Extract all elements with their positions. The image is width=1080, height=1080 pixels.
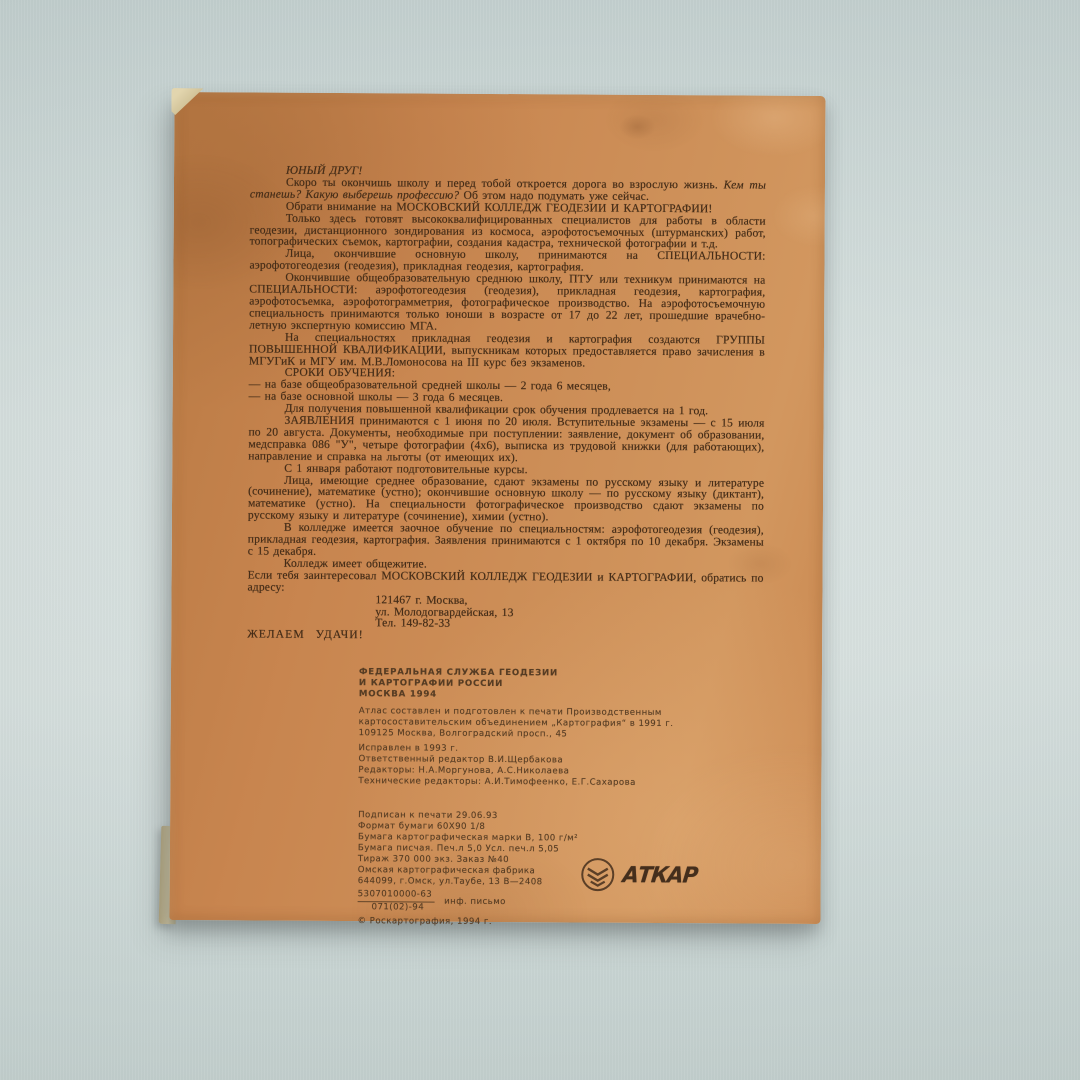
contact-intro: Если тебя заинтересовал МОСКОВСКИЙ КОЛЛЕ…	[247, 569, 763, 596]
atkar-logo-text: АТКАР	[621, 862, 698, 888]
distance-learning-paragraph: В колледже имеется заочное обучение по с…	[248, 522, 764, 561]
atkar-logo-icon	[580, 857, 616, 893]
catalog-code-numerator: 5307010000-63	[358, 889, 435, 902]
secondary-school-paragraph: Окончившие общеобразовательную среднюю ш…	[249, 272, 765, 335]
exams-paragraph: Лица, имеющие среднее образование, сдают…	[248, 474, 764, 525]
catalog-code-denominator: 071(02)-94	[358, 902, 435, 913]
advanced-groups-paragraph: На специальностях прикладная геодезия и …	[249, 331, 765, 370]
book-back-cover: ЮНЫЙ ДРУГ! Скоро ты окончишь школу и пер…	[169, 92, 825, 924]
good-luck-line: ЖЕЛАЕМ УДАЧИ!	[247, 629, 763, 644]
photo-backdrop: ЮНЫЙ ДРУГ! Скоро ты окончишь школу и пер…	[0, 0, 1080, 1080]
copyright-line: © Роскартография, 1994 г.	[357, 916, 687, 929]
specialists-paragraph: Только здесь готовят высококвалифицирова…	[250, 212, 766, 251]
tech-editors-line: Технические редакторы: А.И.Тимофеенко, Е…	[358, 776, 688, 789]
atkar-logo: АТКАР	[580, 852, 690, 899]
atlas-info-line-3: 109125 Москва, Волгоградский просп., 45	[359, 728, 689, 741]
torn-corner	[171, 88, 203, 115]
cover-text-block: ЮНЫЙ ДРУГ! Скоро ты окончишь школу и пер…	[247, 164, 766, 643]
spacer	[358, 787, 688, 812]
applications-paragraph: ЗАЯВЛЕНИЯ принимаются с 1 июня по 20 июл…	[248, 415, 764, 466]
address-block: 121467 г. Москва, ул. Молодогвардейская,…	[375, 594, 763, 632]
catalog-code-note: инф. письмо	[444, 896, 506, 907]
catalog-code-fraction: 5307010000-63 071(02)-94	[358, 889, 435, 913]
